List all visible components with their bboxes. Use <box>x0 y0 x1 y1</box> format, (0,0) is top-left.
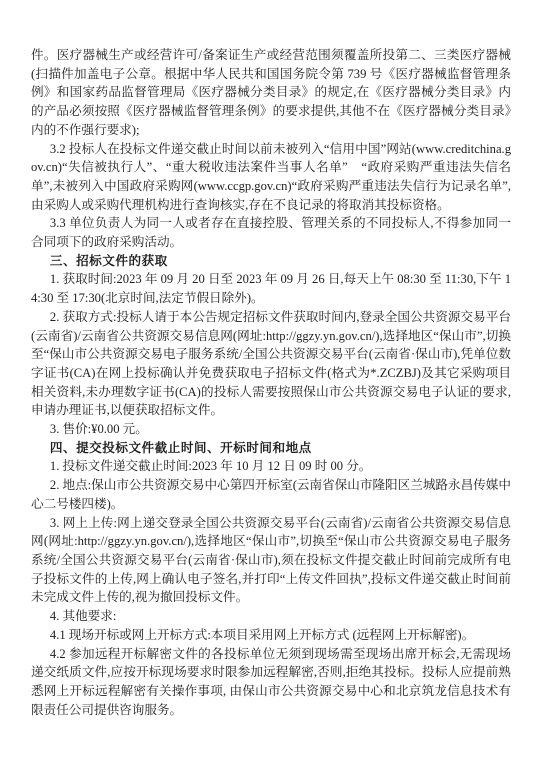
paragraph-qualification-continuation: 件。医疗器械生产或经营许可/备案证生产或经营范围须覆盖所投第二、三类医疗器械(扫… <box>31 46 511 140</box>
clause-3-2-credit-records: 3.2 投标人在投标文件递交截止时间以前未被列入“信用中国”网站(www.cre… <box>31 140 511 215</box>
item-other-requirements: 4. 其他要求: <box>31 607 511 626</box>
item-obtain-time: 1. 获取时间:2023 年 09 月 20 日至 2023 年 09 月 26… <box>31 270 511 307</box>
section-3-heading: 三、招标文件的获取 <box>31 252 511 271</box>
clause-3-3-same-responsible-person: 3.3 单位负责人为同一人或者存在直接控股、管理关系的不同投标人,不得参加同一合… <box>31 214 511 251</box>
item-online-upload: 3. 网上上传:网上递交登录全国公共资源交易平台(云南省)/云南省公共资源交易信… <box>31 514 511 608</box>
item-price: 3. 售价:¥0.00 元。 <box>31 420 511 439</box>
item-4-1-opening-method: 4.1 现场开标或网上开标方式:本项目采用网上开标方式 (远程网上开标解密)。 <box>31 626 511 645</box>
item-opening-location: 2. 地点:保山市公共资源交易中心第四开标室(云南省保山市隆阳区兰城路永昌传媒中… <box>31 476 511 513</box>
document-page: 件。医疗器械生产或经营许可/备案证生产或经营范围须覆盖所投第二、三类医疗器械(扫… <box>0 0 553 780</box>
item-4-2-remote-decryption: 4.2 参加远程开标解密文件的各投标单位无须到现场需至现场出席开标会,无需现场递… <box>31 645 511 720</box>
item-obtain-method: 2. 获取方式:投标人请于本公告规定招标文件获取时间内,登录全国公共资源交易平台… <box>31 308 511 420</box>
section-4-heading: 四、提交投标文件截止时间、开标时间和地点 <box>31 439 511 458</box>
item-submission-deadline: 1. 投标文件递交截止时间:2023 年 10 月 12 日 09 时 00 分… <box>31 457 511 476</box>
